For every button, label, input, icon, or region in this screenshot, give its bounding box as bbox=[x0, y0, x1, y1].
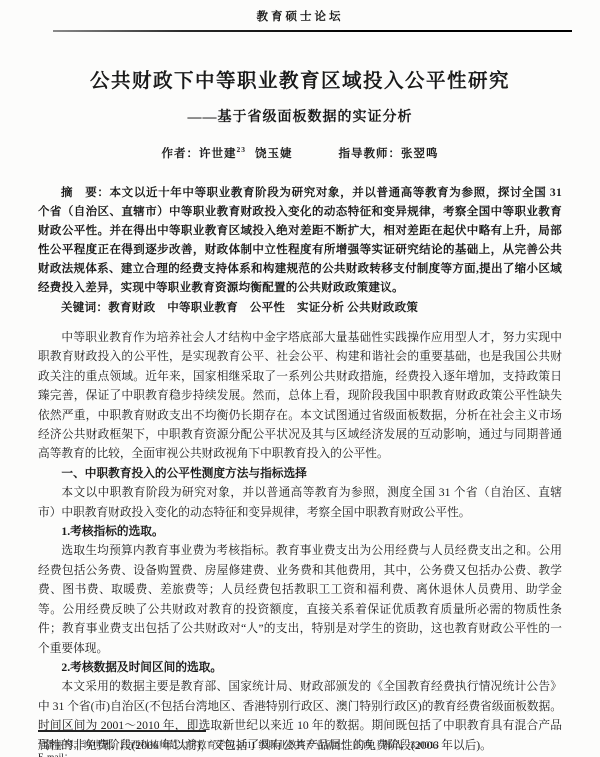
abstract-label: 摘 要： bbox=[61, 187, 110, 199]
byline: 作者：许世建23饶玉婕指导教师：张翌鸣 bbox=[38, 145, 562, 161]
author-2: 饶玉婕 bbox=[255, 148, 293, 160]
footnote-divider bbox=[38, 730, 206, 732]
subsection-1-paragraph: 选取生均预算内教育事业费为考核指标。教育事业费支出为公用经费与人员经费支出之和。… bbox=[38, 541, 562, 657]
footnote-line: 23潘丽琴，许世建，江西科技师范大学教育学院 2011 级职业教育专业硕士，江西… bbox=[38, 736, 562, 752]
paper-subtitle: ——基于省级面板数据的实证分析 bbox=[38, 106, 562, 126]
footnote-block: 23潘丽琴，许世建，江西科技师范大学教育学院 2011 级职业教育专业硕士，江西… bbox=[38, 730, 562, 757]
footnote-mark: 23 bbox=[38, 738, 45, 746]
keywords-items: 教育财政 中等职业教育 公平性 实证分析 公共财政政策 bbox=[108, 302, 418, 314]
keywords: 关键词：教育财政 中等职业教育 公平性 实证分析 公共财政政策 bbox=[38, 299, 562, 315]
author-1-footnote-mark: 23 bbox=[237, 145, 247, 154]
subheading-2: 2.考核数据及时间区间的选取。 bbox=[38, 658, 562, 677]
abstract: 摘 要：本文以近十年中等职业教育阶段为研究对象，并以普通高等教育为参照，探讨全国… bbox=[38, 184, 562, 298]
intro-paragraph: 中等职业教育作为培养社会人才结构中金字塔底部大量基础性实践操作应用型人才，努力实… bbox=[38, 328, 562, 464]
author-label: 作者： bbox=[162, 148, 200, 160]
paper-title: 公共财政下中等职业教育区域投入公平性研究 bbox=[38, 65, 562, 93]
footnote-text: 潘丽琴，许世建，江西科技师范大学教育学院 2011 级职业教育专业硕士，江西，南… bbox=[45, 741, 439, 751]
abstract-text: 本文以近十年中等职业教育阶段为研究对象，并以普通高等教育为参照，探讨全国 31 … bbox=[38, 187, 562, 294]
header-rule bbox=[53, 30, 572, 32]
journal-header: 教育硕士论坛 bbox=[38, 8, 562, 24]
section-heading-1: 一、中职教育投入的公平性测度方法与指标选择 bbox=[38, 464, 562, 483]
section-1-paragraph: 本文以中职教育阶段为研究对象，并以普通高等教育为参照，测度全国 31 个省（自治… bbox=[38, 483, 562, 522]
keywords-label: 关键词： bbox=[61, 302, 108, 314]
advisor-label: 指导教师： bbox=[339, 148, 402, 160]
paper-page: 教育硕士论坛 公共财政下中等职业教育区域投入公平性研究 ——基于省级面板数据的实… bbox=[0, 0, 600, 757]
advisor-name: 张翌鸣 bbox=[401, 148, 439, 160]
author-1: 许世建 bbox=[199, 148, 237, 160]
footnote-email-partial: E-mail： bbox=[38, 752, 562, 757]
subheading-1: 1.考核指标的选取。 bbox=[38, 522, 562, 541]
body-text: 中等职业教育作为培养社会人才结构中金字塔底部大量基础性实践操作应用型人才，努力实… bbox=[38, 328, 562, 755]
